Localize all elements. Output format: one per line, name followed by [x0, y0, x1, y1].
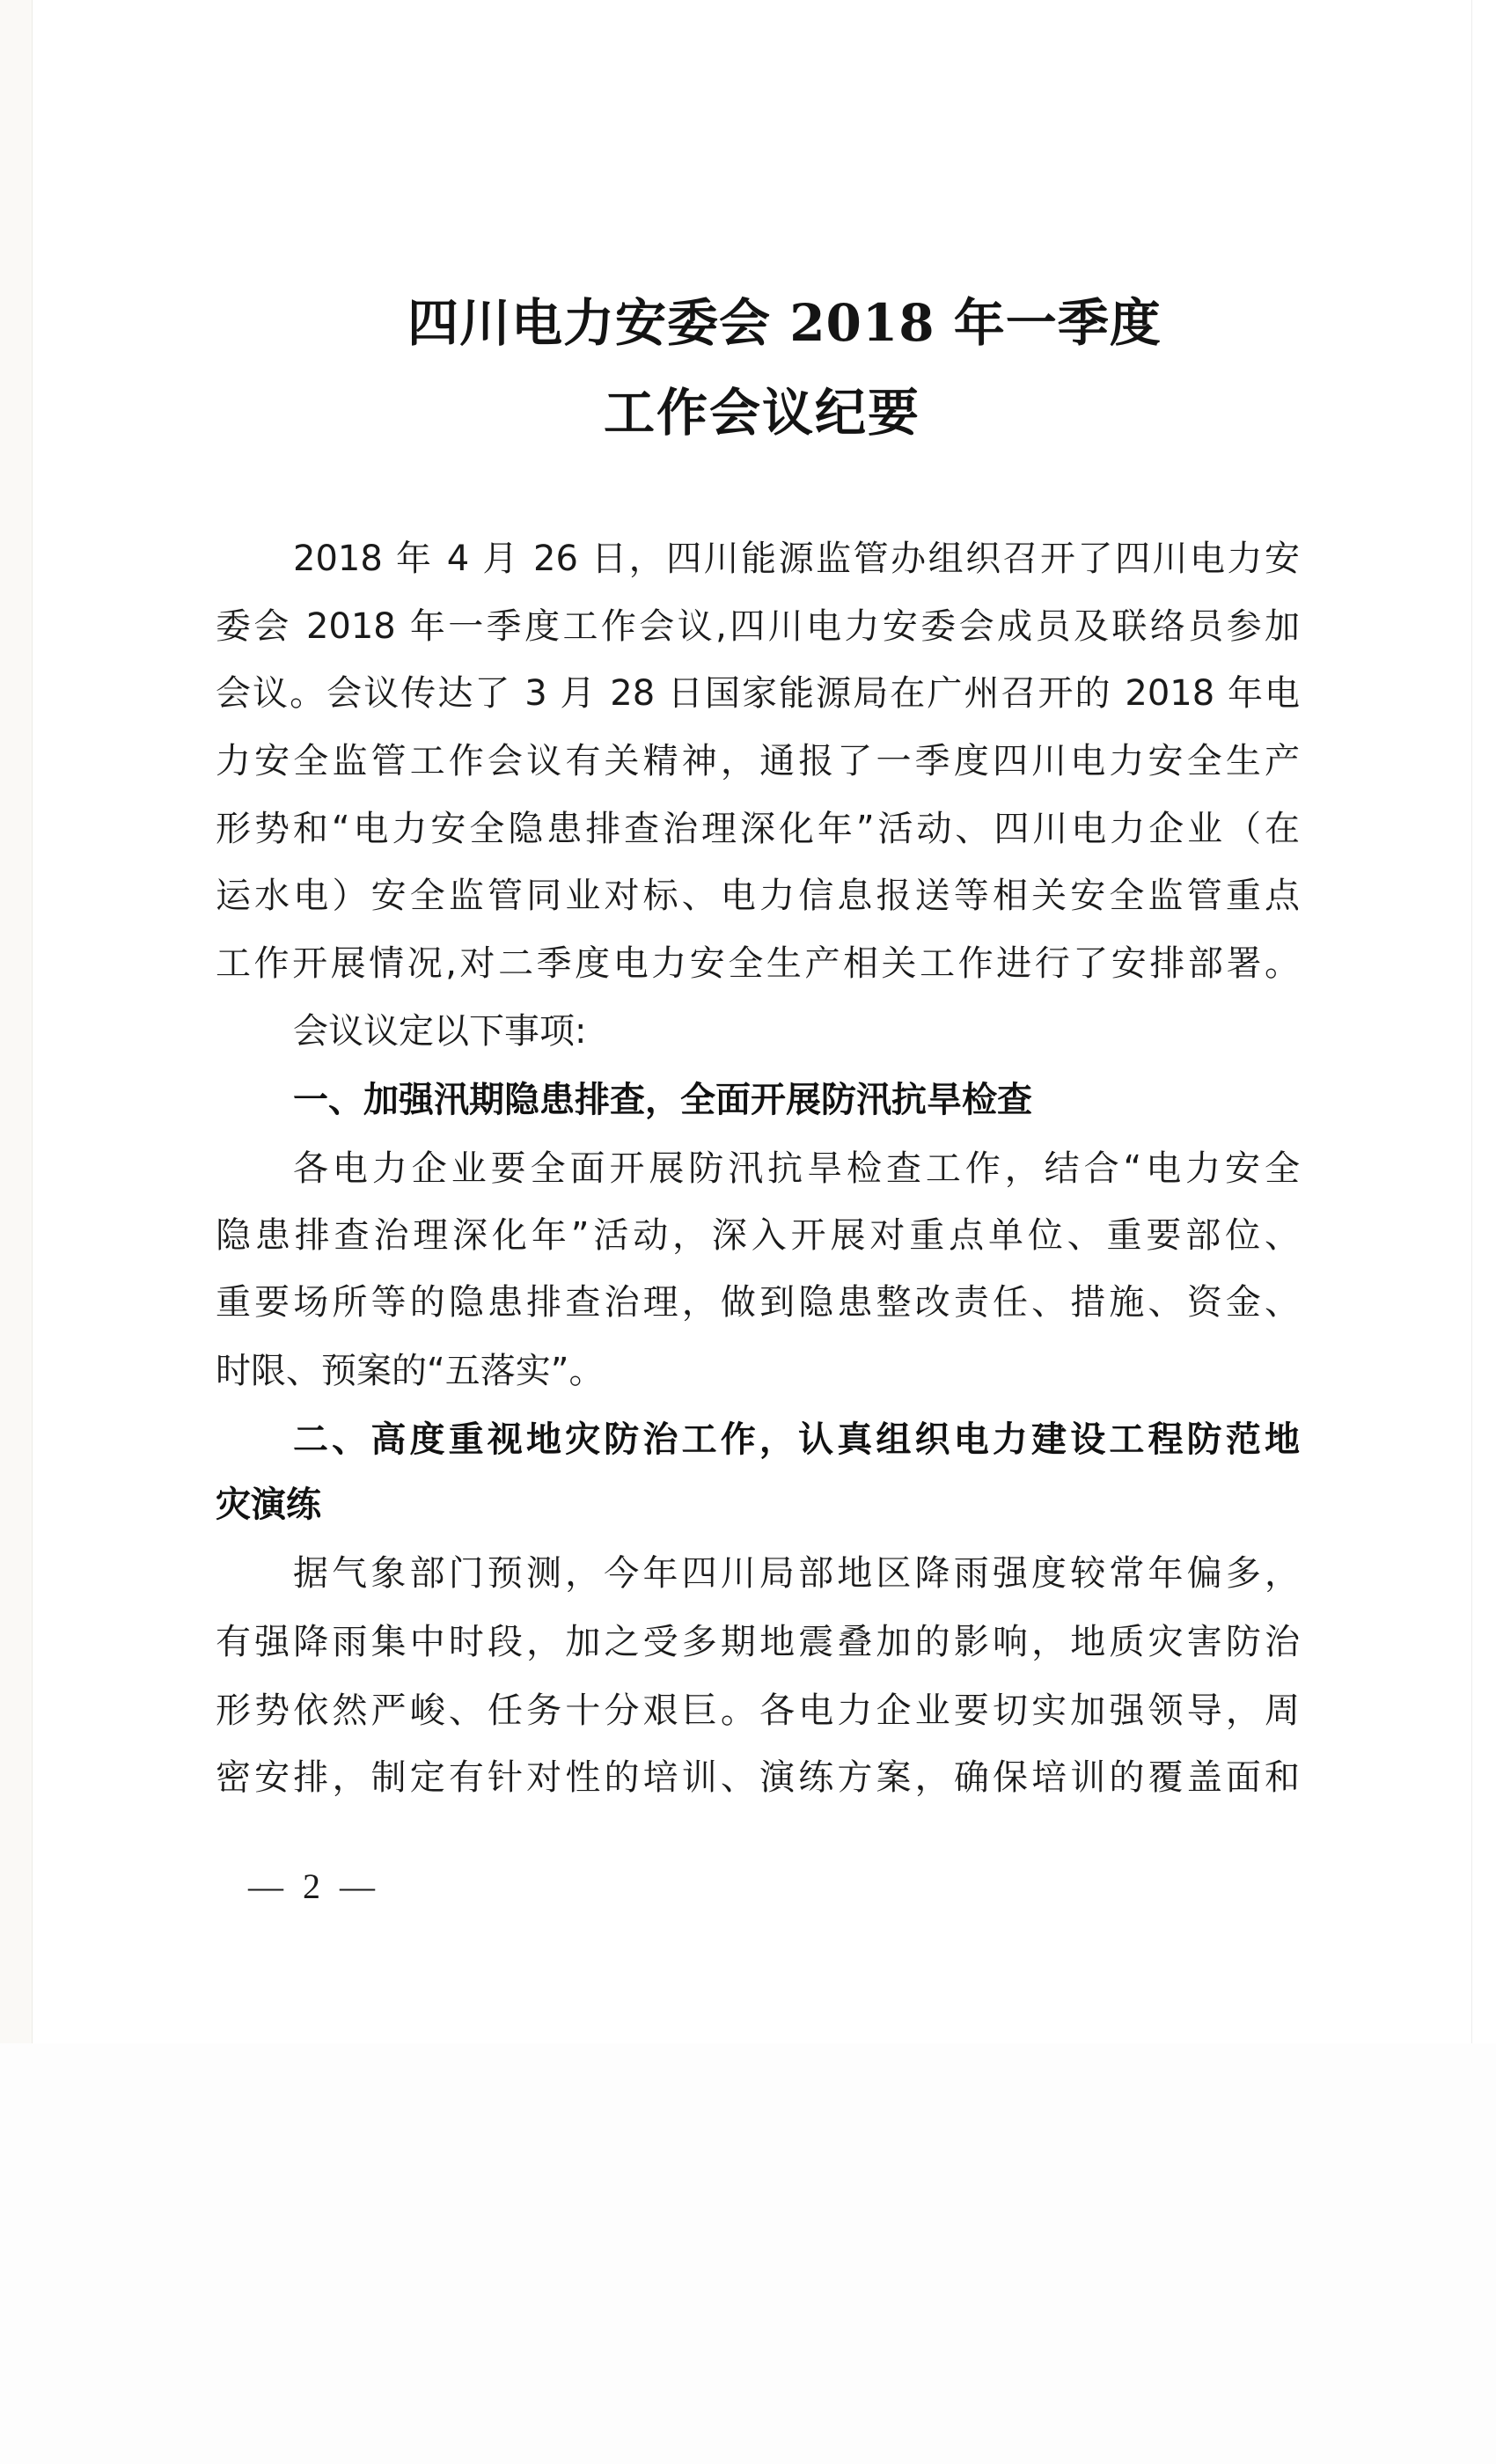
paragraph-line: 委会 2018 年一季度工作会议,四川电力安委会成员及联络员参加 — [216, 600, 1300, 653]
scan-left-edge — [0, 0, 33, 2043]
paragraph-line: 时限、预案的“五落实”。 — [216, 1345, 1300, 1397]
document-title-line-1: 四川电力安委会 2018 年一季度 — [407, 297, 1162, 348]
paragraph-line: 有强降雨集中时段，加之受多期地震叠加的影响，地质灾害防治 — [216, 1616, 1300, 1668]
section-heading-line: 灾演练 — [216, 1478, 1300, 1531]
paragraph-line: 隐患排查治理深化年”活动，深入开展对重点单位、重要部位、 — [216, 1209, 1300, 1262]
page-number: — 2 — — [248, 1866, 380, 1908]
document-title-line-2: 工作会议纪要 — [604, 387, 920, 438]
paragraph-line: 会议议定以下事项: — [293, 1005, 1300, 1058]
paragraph-line: 会议。会议传达了 3 月 28 日国家能源局在广州召开的 2018 年电 — [216, 667, 1300, 720]
scanned-page: 四川电力安委会 2018 年一季度 工作会议纪要 2018 年 4 月 26 日… — [0, 0, 1496, 2043]
paragraph-line: 2018 年 4 月 26 日，四川能源监管办组织召开了四川电力安 — [293, 532, 1300, 585]
section-heading-line: 二、高度重视地灾防治工作，认真组织电力建设工程防范地 — [293, 1413, 1300, 1466]
paragraph-line: 运水电）安全监管同业对标、电力信息报送等相关安全监管重点 — [216, 869, 1300, 922]
paragraph-line: 据气象部门预测，今年四川局部地区降雨强度较常年偏多， — [293, 1547, 1300, 1600]
scan-right-edge — [1471, 0, 1472, 2043]
blank-area-below-page — [0, 2043, 1496, 2464]
paragraph-line: 各电力企业要全面开展防汛抗旱检查工作，结合“电力安全 — [293, 1142, 1300, 1195]
paragraph-line: 工作开展情况,对二季度电力安全生产相关工作进行了安排部署。 — [216, 937, 1300, 990]
paragraph-line: 密安排，制定有针对性的培训、演练方案，确保培训的覆盖面和 — [216, 1751, 1300, 1804]
paragraph-line: 形势和“电力安全隐患排查治理深化年”活动、四川电力企业（在 — [216, 803, 1300, 855]
paragraph-line: 力安全监管工作会议有关精神，通报了一季度四川电力安全生产 — [216, 735, 1300, 788]
paragraph-line: 形势依然严峻、任务十分艰巨。各电力企业要切实加强领导，周 — [216, 1684, 1300, 1737]
section-heading-line: 一、加强汛期隐患排查，全面开展防汛抗旱检查 — [293, 1074, 1300, 1126]
paragraph-line: 重要场所等的隐患排查治理，做到隐患整改责任、措施、资金、 — [216, 1276, 1300, 1329]
